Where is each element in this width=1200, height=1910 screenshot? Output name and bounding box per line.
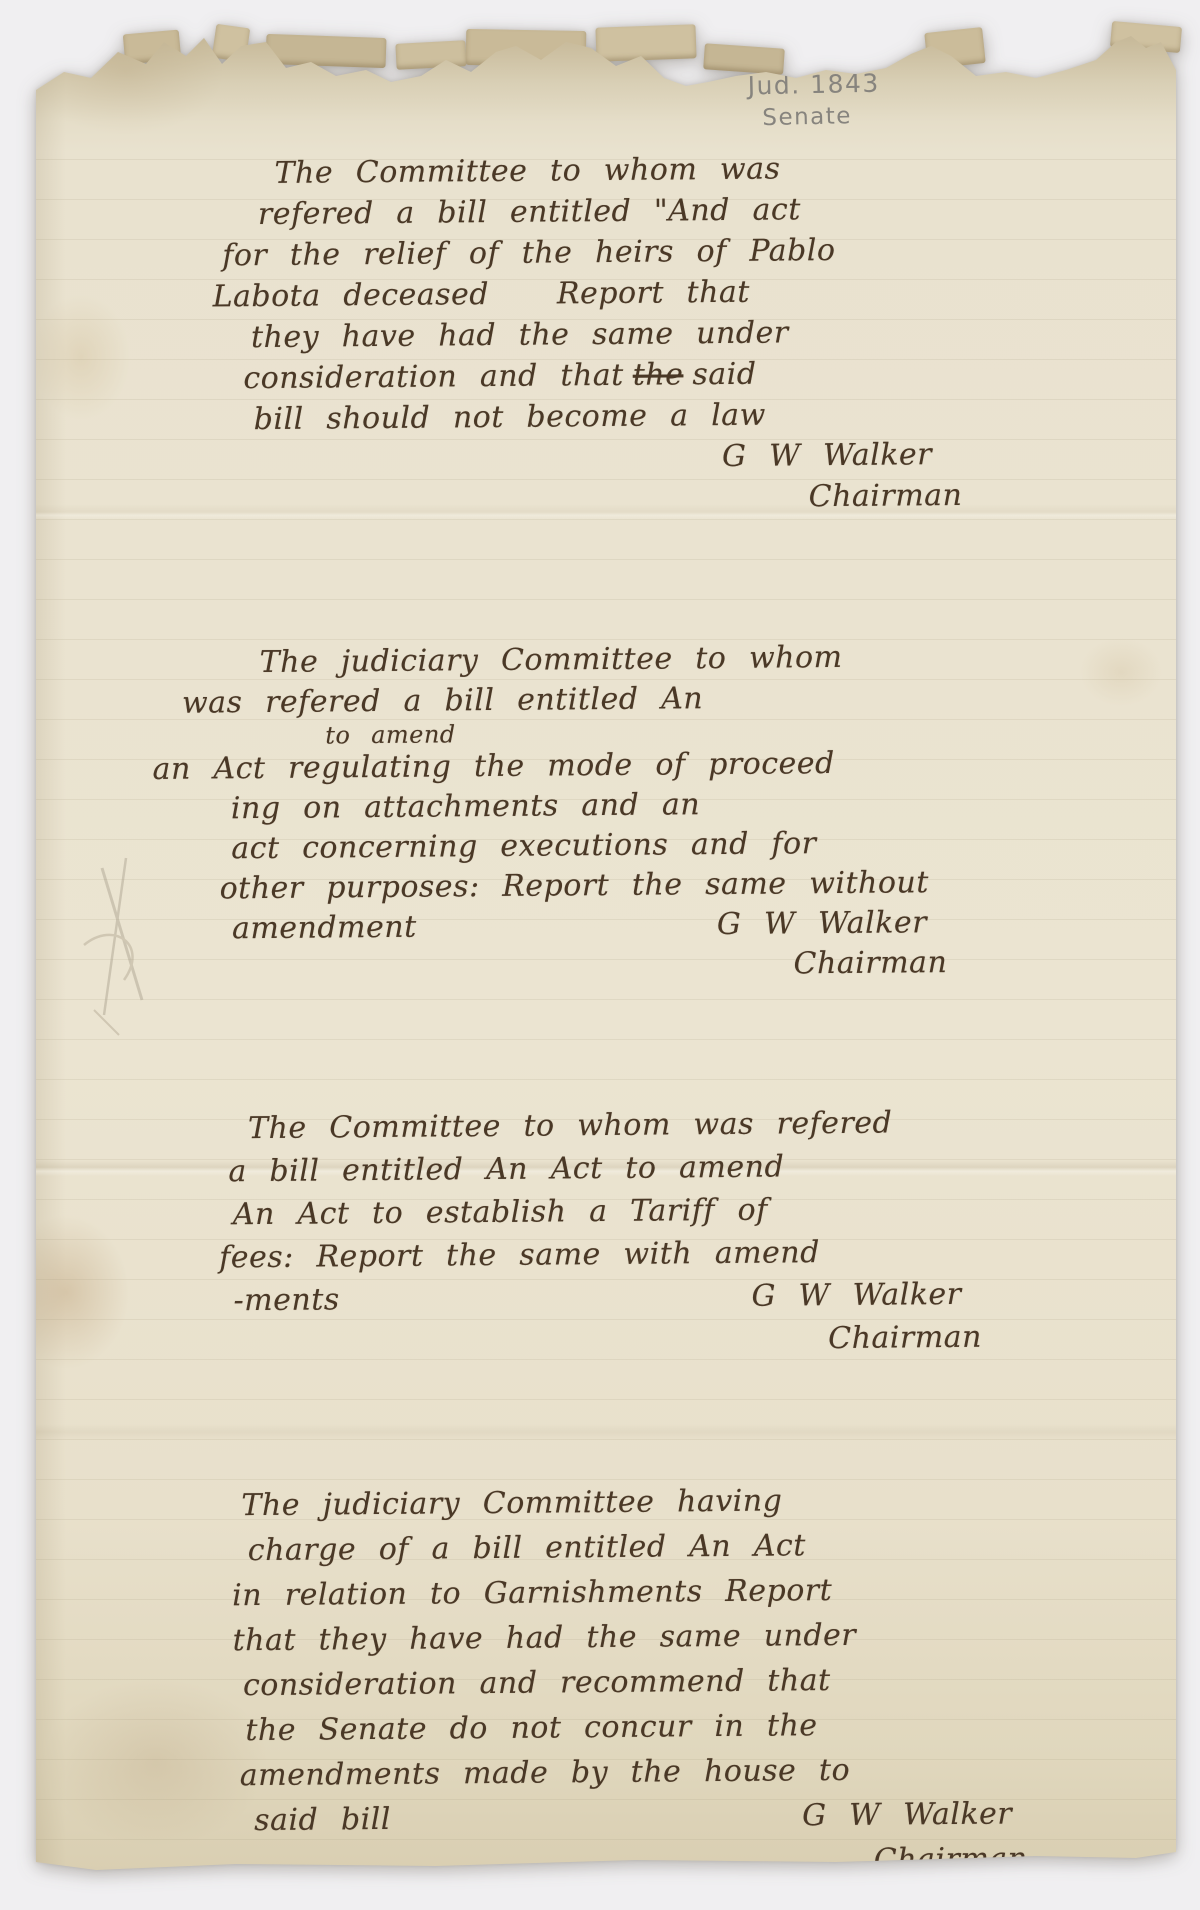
manuscript-paragraph-4: The judiciary Committee having charge of… — [34, 1475, 1177, 1890]
manuscript-line: said bill — [254, 1797, 391, 1843]
signature-title: Chairman — [232, 1314, 1177, 1365]
struck-word: the — [633, 357, 684, 392]
manuscript-line: amendments made by the house to — [240, 1745, 1177, 1798]
torn-paper-fragment — [266, 34, 387, 68]
signature-title: Chairman — [232, 473, 1177, 522]
archival-note-chamber: Senate — [762, 100, 881, 135]
archival-note: Jud. 1843 Senate — [747, 67, 880, 136]
closing-line: -ments G W Walker — [233, 1271, 1176, 1322]
paper-sheet: Jud. 1843 Senate The Committee to whom w… — [36, 12, 1176, 1888]
signature: G W Walker — [802, 1790, 1177, 1838]
scanned-manuscript-page: { "colors":{"ink":"#4a3826","pencil":"#8… — [0, 0, 1200, 1910]
manuscript-paragraph-2: The judiciary Committee to whom was refe… — [35, 635, 1178, 991]
fold-crease — [36, 1424, 1176, 1440]
manuscript-line: -ments — [233, 1278, 339, 1322]
manuscript-line: The judiciary Committee having — [241, 1475, 1174, 1528]
torn-paper-fragment — [595, 24, 696, 61]
manuscript-paragraph-3: The Committee to whom was refered a bill… — [35, 1099, 1177, 1367]
closing-line: said bill G W Walker — [254, 1790, 1177, 1843]
signature: G W Walker — [751, 1271, 1176, 1318]
torn-paper-fragment — [703, 43, 785, 75]
signature: G W Walker — [717, 901, 1177, 945]
strike-post-text: said — [692, 357, 756, 393]
closing-line: amendment G W Walker — [232, 901, 1177, 949]
signature-title: Chairman — [232, 941, 1177, 989]
manuscript-line: charge of a bill entitled An Act — [248, 1520, 1175, 1573]
signature-title: Chairman — [232, 1835, 1177, 1888]
manuscript-line: consideration and recommend that — [243, 1655, 1176, 1708]
strike-pre-text: consideration and that — [243, 358, 624, 396]
paper-sheet-wrapper: Jud. 1843 Senate The Committee to whom w… — [36, 12, 1176, 1888]
manuscript-line: the Senate do not concur in the — [245, 1700, 1176, 1753]
manuscript-paragraph-1: The Committee to whom was refered a bill… — [34, 145, 1177, 524]
manuscript-line: amendment — [232, 908, 417, 950]
